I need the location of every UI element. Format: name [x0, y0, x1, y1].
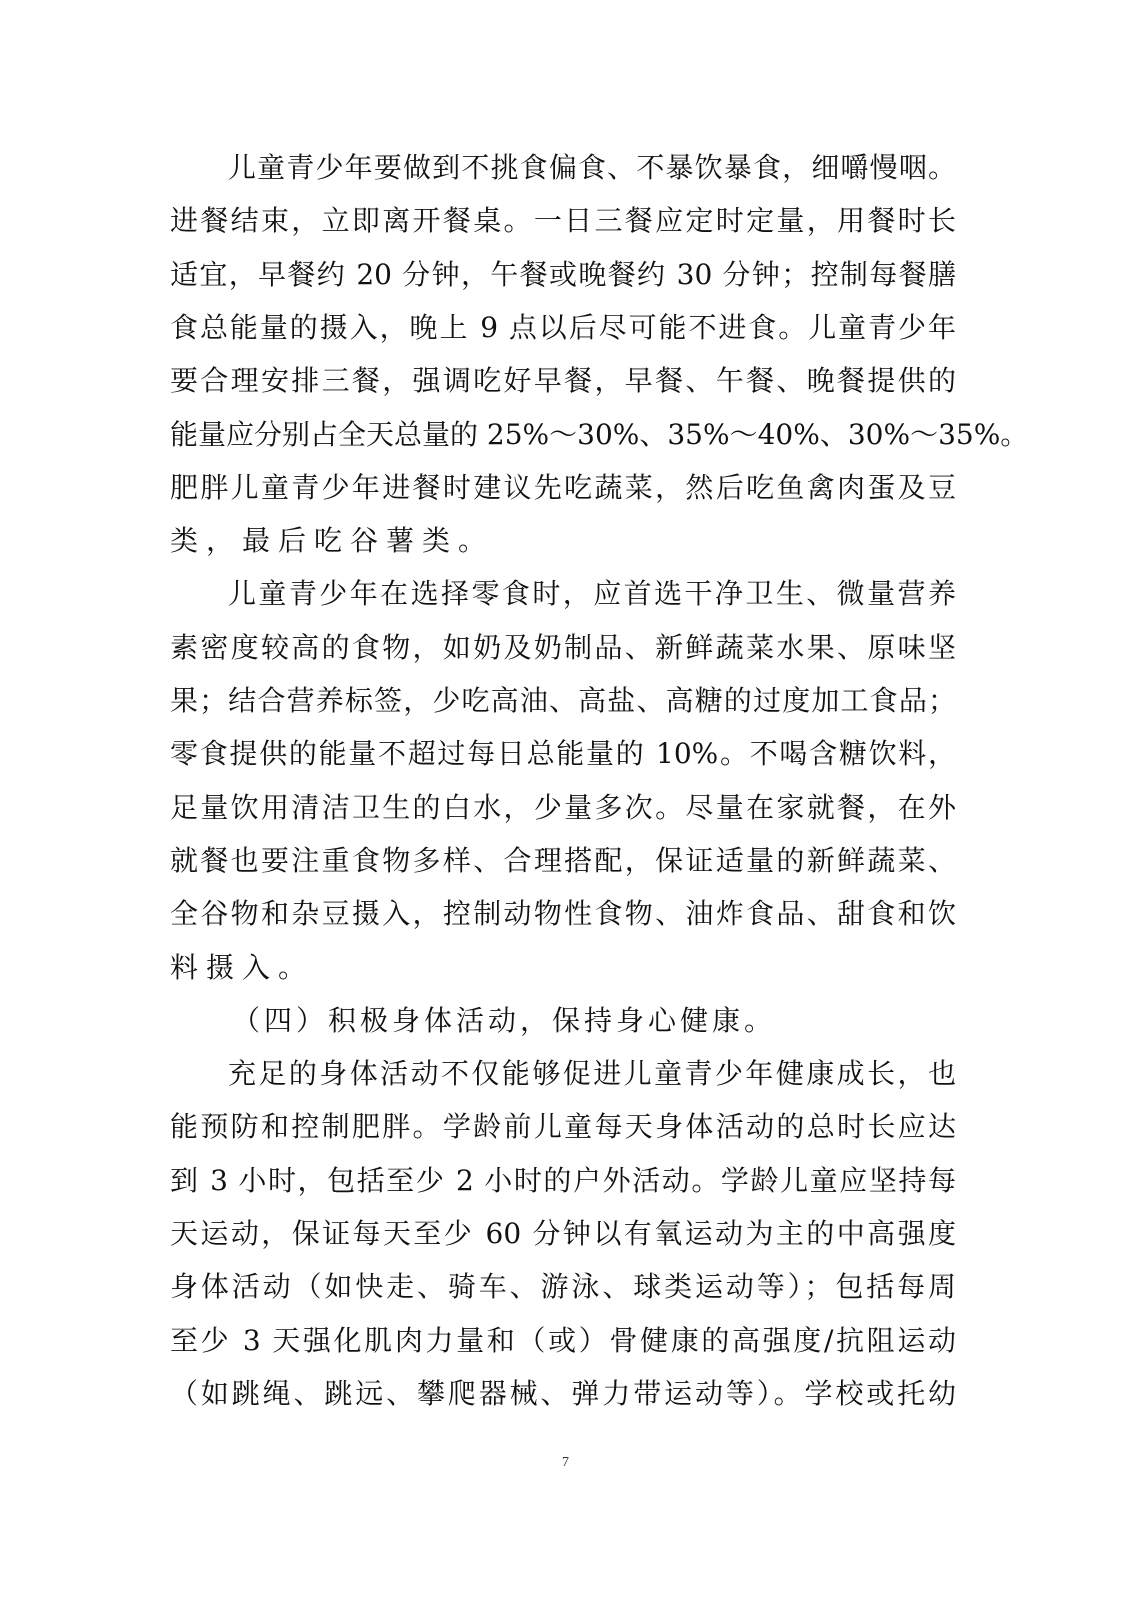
text-line: 儿童青少年在选择零食时，应首选干净卫生、微量营养 — [228, 574, 956, 614]
text-line: 充足的身体活动不仅能够促进儿童青少年健康成长，也 — [228, 1054, 956, 1094]
text-line: 进餐结束，立即离开餐桌。一日三餐应定时定量，用餐时长 — [170, 201, 956, 241]
text-line: 天运动，保证每天至少 60 分钟以有氧运动为主的中高强度 — [170, 1214, 956, 1254]
text-line: 足量饮用清洁卫生的白水，少量多次。尽量在家就餐，在外 — [170, 788, 956, 828]
text-line: 就餐也要注重食物多样、合理搭配，保证适量的新鲜蔬菜、 — [170, 841, 956, 881]
text-line: 至少 3 天强化肌肉力量和（或）骨健康的高强度/抗阻运动 — [170, 1321, 956, 1361]
text-line: 身体活动（如快走、骑车、游泳、球类运动等）；包括每周 — [170, 1267, 956, 1307]
text-line: 素密度较高的食物，如奶及奶制品、新鲜蔬菜水果、原味坚 — [170, 628, 956, 668]
text-line: 要合理安排三餐，强调吃好早餐，早餐、午餐、晚餐提供的 — [170, 361, 956, 401]
text-line: （如跳绳、跳远、攀爬器械、弹力带运动等）。学校或托幼 — [170, 1374, 956, 1414]
text-line: 能量应分别占全天总量的 25%～30%、35%～40%、30%～35%。 — [170, 415, 956, 455]
section-heading: （四）积极身体活动，保持身心健康。 — [232, 1001, 762, 1041]
text-line: 食总能量的摄入，晚上 9 点以后尽可能不进食。儿童青少年 — [170, 308, 956, 348]
text-line: 类，最后吃谷薯类。 — [170, 521, 956, 561]
text-line: 全谷物和杂豆摄入，控制动物性食物、油炸食品、甜食和饮 — [170, 894, 956, 934]
text-line: 果；结合营养标签，少吃高油、高盐、高糖的过度加工食品； — [170, 681, 956, 721]
text-line: 适宜，早餐约 20 分钟，午餐或晚餐约 30 分钟；控制每餐膳 — [170, 255, 956, 295]
text-line: 到 3 小时，包括至少 2 小时的户外活动。学龄儿童应坚持每 — [170, 1161, 956, 1201]
text-line: 儿童青少年要做到不挑食偏食、不暴饮暴食，细嚼慢咽。 — [228, 148, 956, 188]
text-line: 肥胖儿童青少年进餐时建议先吃蔬菜，然后吃鱼禽肉蛋及豆 — [170, 468, 956, 508]
text-line: 能预防和控制肥胖。学龄前儿童每天身体活动的总时长应达 — [170, 1107, 956, 1147]
text-line: 零食提供的能量不超过每日总能量的 10%。不喝含糖饮料， — [170, 734, 956, 774]
text-line: 料摄入。 — [170, 948, 956, 988]
page-number: 7 — [0, 1455, 1131, 1471]
document-page: 儿童青少年要做到不挑食偏食、不暴饮暴食，细嚼慢咽。进餐结束，立即离开餐桌。一日三… — [0, 0, 1131, 1600]
